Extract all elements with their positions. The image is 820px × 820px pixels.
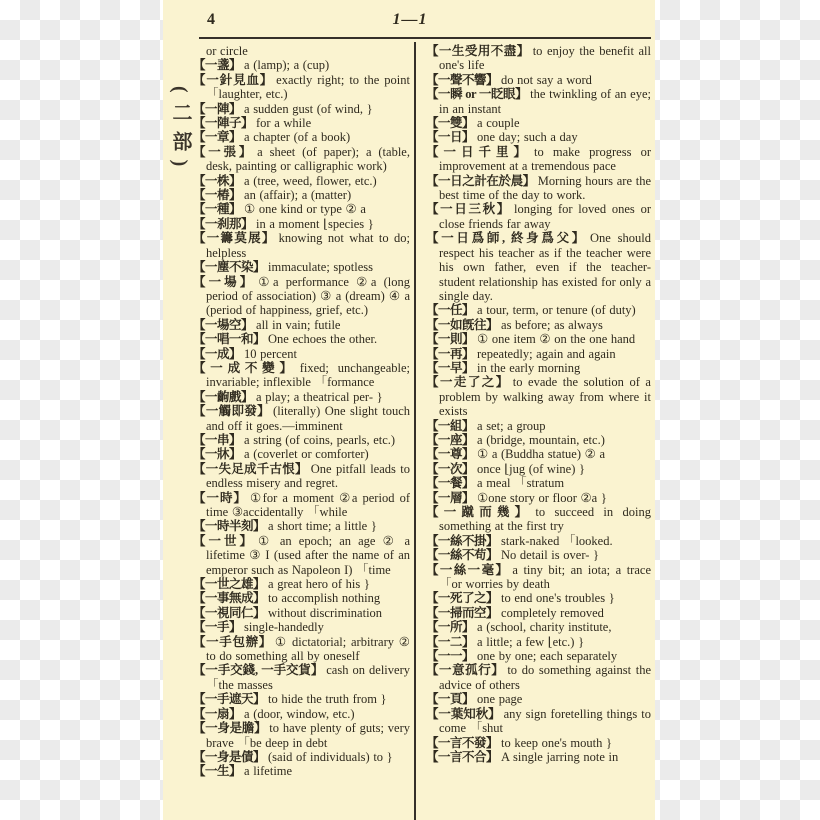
entry-definition: a couple bbox=[477, 116, 520, 130]
entry-definition: completely removed bbox=[501, 606, 604, 620]
dictionary-entry: 【一蹴而幾】to succeed in doing something at t… bbox=[426, 505, 651, 534]
entry-headword: 【一葉知秋】 bbox=[426, 707, 501, 721]
entry-headword: 【一手交錢, 一手交貨】 bbox=[193, 663, 323, 677]
dictionary-entry: 【一絲一毫】a tiny bit; an iota; a trace 「or w… bbox=[426, 563, 651, 592]
dictionary-entry: 【一早】in the early morning bbox=[426, 361, 651, 375]
entry-headword: 【一所】 bbox=[426, 620, 474, 634]
entry-definition: all in vain; futile bbox=[256, 318, 340, 332]
entry-headword: 【一視同仁】 bbox=[193, 606, 265, 620]
entry-headword: 【一絲一毫】 bbox=[426, 563, 509, 577]
dictionary-entry: 【一手】single-handedly bbox=[193, 620, 410, 634]
entry-headword: 【一時】 bbox=[193, 491, 247, 505]
entry-headword: 【一齣戲】 bbox=[193, 390, 253, 404]
dictionary-entry: 【一意孤行】to do something against the advice… bbox=[426, 663, 651, 692]
entry-definition: (said of individuals) to } bbox=[268, 750, 393, 764]
dictionary-entry: 【一身是債】(said of individuals) to } bbox=[193, 750, 410, 764]
entry-headword: 【一椿】 bbox=[193, 188, 241, 202]
entry-definition: a (coverlet or comforter) bbox=[244, 447, 369, 461]
dictionary-entry: 【一唱一和】One echoes the other. bbox=[193, 332, 410, 346]
entry-headword: 【一蹴而幾】 bbox=[426, 505, 532, 519]
entry-headword: 【一日爲師, 終身爲父】 bbox=[426, 231, 587, 245]
dictionary-entry: 【一章】a chapter (of a book) bbox=[193, 130, 410, 144]
entry-definition: stark-naked 「looked. bbox=[501, 534, 613, 548]
entry-definition: a (door, window, etc.) bbox=[244, 707, 355, 721]
entry-headword: 【一觸即發】 bbox=[193, 404, 270, 418]
dictionary-entry: 【一葉知秋】any sign foretelling things to com… bbox=[426, 707, 651, 736]
entry-definition: ① a (Buddha statue) ② a bbox=[477, 447, 605, 461]
entry-headword: 【一餐】 bbox=[426, 476, 474, 490]
dictionary-entry: 【一則】① one item ② on the one hand bbox=[426, 332, 651, 346]
entry-definition: in the early morning bbox=[477, 361, 580, 375]
entry-headword: 【一塵不染】 bbox=[193, 260, 265, 274]
entry-headword: 【一座】 bbox=[426, 433, 474, 447]
entry-headword: 【一生】 bbox=[193, 764, 241, 778]
entry-headword: 【一手包辦】 bbox=[193, 635, 272, 649]
dictionary-entry: 【一日爲師, 終身爲父】One should respect his teach… bbox=[426, 231, 651, 303]
dictionary-entry: 【一生受用不盡】to enjoy the benefit all one's l… bbox=[426, 44, 651, 73]
entry-definition: A single jarring note in bbox=[501, 750, 618, 764]
dictionary-entry: 【一頁】one page bbox=[426, 692, 651, 706]
dictionary-entry: 【一世之雄】a great hero of his } bbox=[193, 577, 410, 591]
checkerboard-background: 4 1—1 (二部) or circle 【一盞】a (lamp); a (cu… bbox=[0, 0, 820, 820]
dictionary-entry: 【一次】once ⌊jug (of wine) } bbox=[426, 462, 651, 476]
entry-definition: to end one's troubles } bbox=[501, 591, 615, 605]
entry-headword: 【一雙】 bbox=[426, 116, 474, 130]
entry-headword: 【一如旣往】 bbox=[426, 318, 498, 332]
entry-definition: ① one item ② on the one hand bbox=[477, 332, 635, 346]
dictionary-entry: 【一走了之】to evade the solution of a problem… bbox=[426, 375, 651, 418]
entry-headword: 【一次】 bbox=[426, 462, 474, 476]
entry-headword: 【一世】 bbox=[193, 534, 255, 548]
dictionary-entry: 【一日千里】to make progress or improvement at… bbox=[426, 145, 651, 174]
dictionary-entry: 【一手遮天】to hide the truth from } bbox=[193, 692, 410, 706]
dictionary-entry: 【一場空】all in vain; futile bbox=[193, 318, 410, 332]
dictionary-entry: 【一針見血】exactly right; to the point 「laugh… bbox=[193, 73, 410, 102]
dictionary-entry: 【一齣戲】a play; a theatrical per- } bbox=[193, 390, 410, 404]
entry-definition: a chapter (of a book) bbox=[244, 130, 350, 144]
dictionary-entry: 【一生】a lifetime bbox=[193, 764, 410, 778]
dictionary-entry: 【一日三秋】longing for loved ones or close fr… bbox=[426, 202, 651, 231]
entry-definition: to keep one's mouth } bbox=[501, 736, 612, 750]
page-header: 4 1—1 bbox=[163, 11, 655, 37]
dictionary-entry: 【一場】①a performance ②a (long period of as… bbox=[193, 275, 410, 318]
entry-headword: 【一絲不掛】 bbox=[426, 534, 498, 548]
entry-definition: one by one; each separately bbox=[477, 649, 617, 663]
entry-headword: 【一掃而空】 bbox=[426, 606, 498, 620]
entry-definition: a short time; a little } bbox=[268, 519, 377, 533]
entry-headword: 【一早】 bbox=[426, 361, 474, 375]
entry-headword: 【一陣子】 bbox=[193, 116, 253, 130]
entry-definition: one day; such a day bbox=[477, 130, 578, 144]
dictionary-entry: 【一籌莫展】knowing not what to do; helpless bbox=[193, 231, 410, 260]
entry-definition: a lifetime bbox=[244, 764, 292, 778]
entry-headword: 【一手】 bbox=[193, 620, 241, 634]
entry-headword: 【一聲不響】 bbox=[426, 73, 498, 87]
entry-headword: 【一張】 bbox=[193, 145, 254, 159]
entry-definition: one page bbox=[477, 692, 522, 706]
dictionary-entry: 【一株】a (tree, weed, flower, etc.) bbox=[193, 174, 410, 188]
dictionary-entry: 【一陣子】for a while bbox=[193, 116, 410, 130]
entry-headword: 【一扇】 bbox=[193, 707, 241, 721]
dictionary-entry: 【一成】10 percent bbox=[193, 347, 410, 361]
entry-headword: 【一日】 bbox=[426, 130, 474, 144]
entry-headword: 【一串】 bbox=[193, 433, 241, 447]
entry-definition: once ⌊jug (of wine) } bbox=[477, 462, 585, 476]
dictionary-entry: 【一層】①one story or floor ②a } bbox=[426, 491, 651, 505]
right-column: 【一生受用不盡】to enjoy the benefit all one's l… bbox=[426, 44, 651, 820]
dictionary-entry: or circle bbox=[193, 44, 410, 58]
entry-definition: a sudden gust (of wind, } bbox=[244, 102, 373, 116]
dictionary-entry: 【一扇】a (door, window, etc.) bbox=[193, 707, 410, 721]
entry-headword: 【一場】 bbox=[193, 275, 255, 289]
entry-definition: without discrimination bbox=[268, 606, 382, 620]
left-column: or circle 【一盞】a (lamp); a (cup) 【一針見血】ex… bbox=[193, 44, 410, 820]
dictionary-entry: 【一時】①for a moment ②a period of time ③acc… bbox=[193, 491, 410, 520]
entry-headword: 【一章】 bbox=[193, 130, 241, 144]
dictionary-entry: 【一組】a set; a group bbox=[426, 419, 651, 433]
entry-headword: 【一任】 bbox=[426, 303, 474, 317]
entry-headword: 【一層】 bbox=[426, 491, 474, 505]
entry-headword: 【一場空】 bbox=[193, 318, 253, 332]
entry-headword: 【一言不合】 bbox=[426, 750, 498, 764]
entry-headword: 【一死了之】 bbox=[426, 591, 498, 605]
dictionary-entry: 【一日】one day; such a day bbox=[426, 130, 651, 144]
entry-headword: 【一盞】 bbox=[193, 58, 241, 72]
entry-definition: a tour, term, or tenure (of duty) bbox=[477, 303, 636, 317]
entry-definition: One echoes the other. bbox=[268, 332, 377, 346]
dictionary-entry: 【一一】one by one; each separately bbox=[426, 649, 651, 663]
entry-headword: 【一瞬 or 一眨眼】 bbox=[426, 87, 527, 101]
entry-headword: 【一走了之】 bbox=[426, 375, 510, 389]
entry-headword: 【一再】 bbox=[426, 347, 474, 361]
dictionary-entry: 【一陣】a sudden gust (of wind, } bbox=[193, 102, 410, 116]
entry-definition: No detail is over- } bbox=[501, 548, 599, 562]
entry-headword: 【一尊】 bbox=[426, 447, 474, 461]
entry-headword: 【一身是債】 bbox=[193, 750, 265, 764]
dictionary-entry: 【一絲不苟】No detail is over- } bbox=[426, 548, 651, 562]
entry-headword: 【一生受用不盡】 bbox=[426, 44, 530, 58]
entry-definition: or circle bbox=[206, 44, 248, 58]
entry-headword: 【一頁】 bbox=[426, 692, 474, 706]
dictionary-entry: 【一觸即發】(literally) One slight touch and o… bbox=[193, 404, 410, 433]
entry-headword: 【一日之計在於晨】 bbox=[426, 174, 535, 188]
dictionary-entry: 【一張】a sheet (of paper); a (table, desk, … bbox=[193, 145, 410, 174]
dictionary-entry: 【一視同仁】without discrimination bbox=[193, 606, 410, 620]
entry-headword: 【一日千里】 bbox=[426, 145, 531, 159]
dictionary-entry: 【一死了之】to end one's troubles } bbox=[426, 591, 651, 605]
dictionary-entry: 【一瞬 or 一眨眼】the twinkling of an eye; in a… bbox=[426, 87, 651, 116]
entry-definition: to hide the truth from } bbox=[268, 692, 387, 706]
entry-headword: 【一唱一和】 bbox=[193, 332, 265, 346]
entry-headword: 【一一】 bbox=[426, 649, 474, 663]
dictionary-entry: 【一座】a (bridge, mountain, etc.) bbox=[426, 433, 651, 447]
dictionary-entry: 【一言不合】A single jarring note in bbox=[426, 750, 651, 764]
column-divider bbox=[414, 42, 416, 820]
entry-headword: 【一則】 bbox=[426, 332, 474, 346]
entry-headword: 【一刹那】 bbox=[193, 217, 253, 231]
dictionary-entry: 【一刹那】in a moment ⌊species } bbox=[193, 217, 410, 231]
entry-definition: a set; a group bbox=[477, 419, 546, 433]
dictionary-entry: 【一世】① an epoch; an age ② a lifetime ③ I … bbox=[193, 534, 410, 577]
header-rule bbox=[199, 37, 651, 39]
dictionary-entry: 【一種】① one kind or type ② a bbox=[193, 202, 410, 216]
entry-definition: as before; as always bbox=[501, 318, 603, 332]
dictionary-entry: 【一身是膽】to have plenty of guts; very brave… bbox=[193, 721, 410, 750]
dictionary-entry: 【一事無成】to accomplish nothing bbox=[193, 591, 410, 605]
entry-definition: a (bridge, mountain, etc.) bbox=[477, 433, 605, 447]
text-columns: or circle 【一盞】a (lamp); a (cup) 【一針見血】ex… bbox=[163, 42, 655, 820]
dictionary-entry: 【一再】repeatedly; again and again bbox=[426, 347, 651, 361]
entry-definition: immaculate; spotless bbox=[268, 260, 373, 274]
dictionary-entry: 【一塵不染】immaculate; spotless bbox=[193, 260, 410, 274]
entry-definition: to accomplish nothing bbox=[268, 591, 380, 605]
entry-headword: 【一組】 bbox=[426, 419, 474, 433]
entry-headword: 【一籌莫展】 bbox=[193, 231, 276, 245]
entry-headword: 【一絲不苟】 bbox=[426, 548, 498, 562]
entry-headword: 【一二】 bbox=[426, 635, 474, 649]
dictionary-entry: 【一如旣往】as before; as always bbox=[426, 318, 651, 332]
entry-definition: for a while bbox=[256, 116, 311, 130]
entry-headword: 【一時半刻】 bbox=[193, 519, 265, 533]
entry-headword: 【一意孤行】 bbox=[426, 663, 504, 677]
dictionary-page: 4 1—1 (二部) or circle 【一盞】a (lamp); a (cu… bbox=[163, 0, 655, 820]
dictionary-entry: 【一所】a (school, charity institute, bbox=[426, 620, 651, 634]
dictionary-entry: 【一餐】a meal 「stratum bbox=[426, 476, 651, 490]
entry-headword: 【一成】 bbox=[193, 347, 241, 361]
entry-headword: 【一世之雄】 bbox=[193, 577, 265, 591]
dictionary-entry: 【一日之計在於晨】Morning hours are the best time… bbox=[426, 174, 651, 203]
dictionary-entry: 【一時半刻】a short time; a little } bbox=[193, 519, 410, 533]
dictionary-entry: 【一任】a tour, term, or tenure (of duty) bbox=[426, 303, 651, 317]
dictionary-entry: 【一聲不響】do not say a word bbox=[426, 73, 651, 87]
dictionary-entry: 【一掃而空】completely removed bbox=[426, 606, 651, 620]
entry-headword: 【一手遮天】 bbox=[193, 692, 265, 706]
entry-definition: repeatedly; again and again bbox=[477, 347, 616, 361]
entry-headword: 【一牀】 bbox=[193, 447, 241, 461]
entry-headword: 【一種】 bbox=[193, 202, 241, 216]
entry-definition: do not say a word bbox=[501, 73, 592, 87]
entry-definition: a (school, charity institute, bbox=[477, 620, 611, 634]
entry-headword: 【一陣】 bbox=[193, 102, 241, 116]
entry-headword: 【一事無成】 bbox=[193, 591, 265, 605]
entry-definition: a string (of coins, pearls, etc.) bbox=[244, 433, 395, 447]
dictionary-entry: 【一言不發】to keep one's mouth } bbox=[426, 736, 651, 750]
entry-definition: a meal 「stratum bbox=[477, 476, 564, 490]
dictionary-entry: 【一手包辦】① dictatorial; arbitrary ② to do s… bbox=[193, 635, 410, 664]
entry-headword: 【一株】 bbox=[193, 174, 241, 188]
entry-definition: a play; a theatrical per- } bbox=[256, 390, 383, 404]
dictionary-entry: 【一二】a little; a few ⌊etc.) } bbox=[426, 635, 651, 649]
dictionary-entry: 【一牀】a (coverlet or comforter) bbox=[193, 447, 410, 461]
entry-headword: 【一言不發】 bbox=[426, 736, 498, 750]
page-number: 4 bbox=[207, 11, 215, 29]
entry-definition: a (tree, weed, flower, etc.) bbox=[244, 174, 377, 188]
entry-definition: ① one kind or type ② a bbox=[244, 202, 366, 216]
section-heading: 1—1 bbox=[393, 11, 428, 29]
dictionary-entry: 【一失足成千古恨】One pitfall leads to endless mi… bbox=[193, 462, 410, 491]
entry-headword: 【一針見血】 bbox=[193, 73, 273, 87]
entry-headword: 【一身是膽】 bbox=[193, 721, 266, 735]
entry-headword: 【一失足成千古恨】 bbox=[193, 462, 308, 476]
entry-definition: an (affair); a (matter) bbox=[244, 188, 351, 202]
dictionary-entry: 【一椿】an (affair); a (matter) bbox=[193, 188, 410, 202]
dictionary-entry: 【一盞】a (lamp); a (cup) bbox=[193, 58, 410, 72]
dictionary-entry: 【一成不變】fixed; unchangeable; invariable; i… bbox=[193, 361, 410, 390]
dictionary-entry: 【一雙】a couple bbox=[426, 116, 651, 130]
entry-definition: a great hero of his } bbox=[268, 577, 370, 591]
dictionary-entry: 【一串】a string (of coins, pearls, etc.) bbox=[193, 433, 410, 447]
entry-definition: a (lamp); a (cup) bbox=[244, 58, 329, 72]
dictionary-entry: 【一尊】① a (Buddha statue) ② a bbox=[426, 447, 651, 461]
entry-definition: 10 percent bbox=[244, 347, 297, 361]
entry-headword: 【一日三秋】 bbox=[426, 202, 511, 216]
dictionary-entry: 【一絲不掛】stark-naked 「looked. bbox=[426, 534, 651, 548]
entry-definition: in a moment ⌊species } bbox=[256, 217, 374, 231]
entry-definition: single-handedly bbox=[244, 620, 324, 634]
entry-definition: ①one story or floor ②a } bbox=[477, 491, 607, 505]
dictionary-entry: 【一手交錢, 一手交貨】cash on delivery 「the masses bbox=[193, 663, 410, 692]
entry-definition: a little; a few ⌊etc.) } bbox=[477, 635, 584, 649]
entry-headword: 【一成不變】 bbox=[193, 361, 297, 375]
